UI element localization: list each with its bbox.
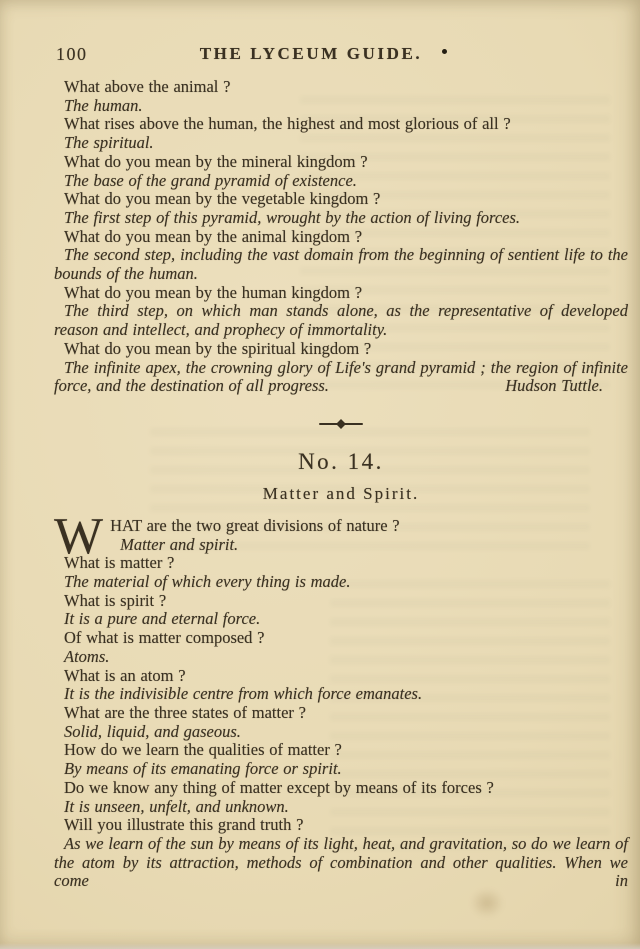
question-line: What above the animal ? — [54, 78, 628, 97]
question-line: What is matter ? — [54, 554, 628, 573]
question-line: What do you mean by the mineral kingdom … — [54, 153, 628, 172]
question-line: Of what is matter composed ? — [54, 629, 628, 648]
question-line-opener: WHAT are the two great divisions of natu… — [54, 517, 628, 536]
question-line: What do you mean by the vegetable kingdo… — [54, 190, 628, 209]
page-number: 100 — [56, 44, 88, 65]
answer-line: The first step of this pyramid, wrought … — [54, 209, 628, 228]
lesson-13-qa: What above the animal ?The human.What ri… — [54, 78, 628, 359]
answer-line: The base of the grand pyramid of existen… — [54, 172, 628, 191]
page-bottom-edge — [0, 943, 640, 949]
diamond-rule-divider — [319, 420, 363, 429]
question-line: What is an atom ? — [54, 667, 628, 686]
running-title: THE LYCEUM GUIDE. — [0, 44, 640, 64]
author-attribution: Hudson Tuttle. — [495, 377, 603, 396]
answer-line: Matter and spirit. — [54, 536, 628, 555]
answer-line: The material of which every thing is mad… — [54, 573, 628, 592]
lesson-title-heading: Matter and Spirit. — [54, 484, 628, 504]
answer-line: As we learn of the sun by means of its l… — [54, 835, 628, 891]
paper-smudge — [470, 888, 504, 918]
answer-line: The third step, on which man stands alon… — [54, 302, 628, 339]
question-line: How do we learn the qualities of matter … — [54, 741, 628, 760]
ink-speck — [442, 49, 447, 54]
diamond-icon — [336, 420, 346, 430]
answer-line-with-attribution: The infinite apex, the crowning glory of… — [54, 359, 628, 396]
answer-line: The spiritual. — [54, 134, 628, 153]
answer-line: It is unseen, unfelt, and unknown. — [54, 798, 628, 817]
running-header: 100 THE LYCEUM GUIDE. — [0, 44, 640, 64]
question-line: What do you mean by the animal kingdom ? — [54, 228, 628, 247]
question-line: What are the three states of matter ? — [54, 704, 628, 723]
book-page: 100 THE LYCEUM GUIDE. What above the ani… — [0, 0, 640, 949]
opener-question-text: HAT are the two great divisions of natur… — [110, 516, 400, 535]
lesson-number-heading: No. 14. — [54, 449, 628, 475]
answer-line: Solid, liquid, and gaseous. — [54, 723, 628, 742]
answer-line: It is the indivisible centre from which … — [54, 685, 628, 704]
answer-line: By means of its emanating force or spiri… — [54, 760, 628, 779]
question-line: Will you illustrate this grand truth ? — [54, 816, 628, 835]
answer-line: Atoms. — [54, 648, 628, 667]
question-line: What is spirit ? — [54, 592, 628, 611]
text-column: What above the animal ?The human.What ri… — [0, 78, 640, 891]
question-line: What do you mean by the human kingdom ? — [54, 284, 628, 303]
dropcap-initial: W — [54, 520, 103, 554]
question-line: What do you mean by the spiritual kingdo… — [54, 340, 628, 359]
answer-line: It is a pure and eternal force. — [54, 610, 628, 629]
answer-line: The second step, including the vast doma… — [54, 246, 628, 283]
lesson-14-qa: Matter and spirit.What is matter ?The ma… — [54, 536, 628, 891]
question-line: Do we know any thing of matter except by… — [54, 779, 628, 798]
answer-line: The human. — [54, 97, 628, 116]
question-line: What rises above the human, the highest … — [54, 115, 628, 134]
